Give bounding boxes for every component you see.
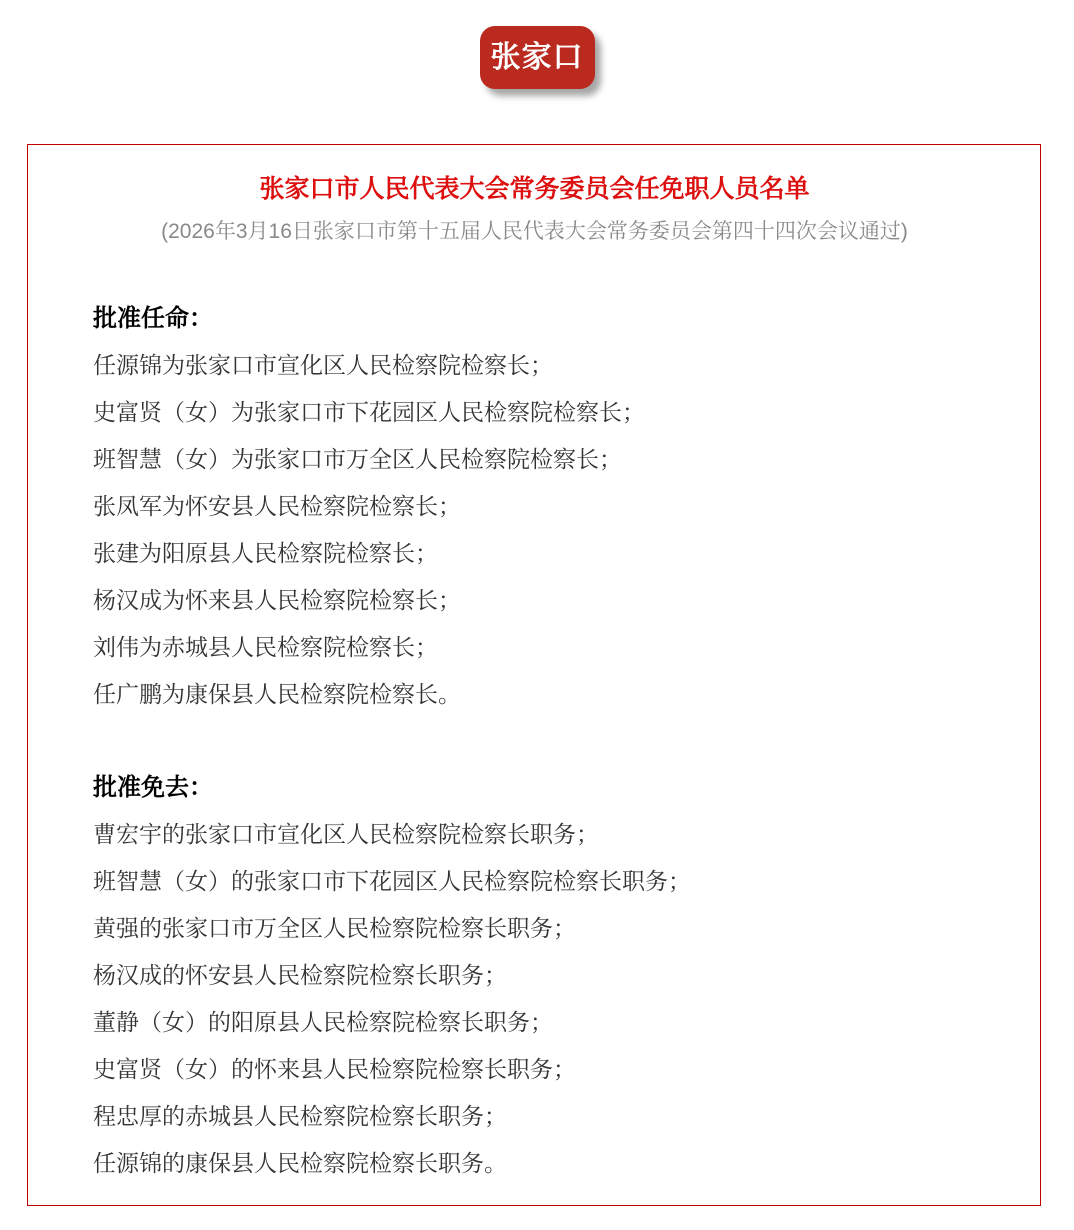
document-title: 张家口市人民代表大会常务委员会任免职人员名单 [93,173,976,205]
appointment-item: 张凤军为怀安县人民检察院检察长； [93,483,976,530]
section-heading-dismissals: 批准免去： [93,764,976,811]
dismissal-item: 董静（女）的阳原县人民检察院检察长职务； [93,999,976,1046]
dismissal-item: 任源锦的康保县人民检察院检察长职务。 [93,1140,976,1187]
document-box: 张家口市人民代表大会常务委员会任免职人员名单 (2026年3月16日张家口市第十… [27,144,1041,1206]
dismissal-item: 曹宏宇的张家口市宣化区人民检察院检察长职务； [93,811,976,858]
dismissal-item: 史富贤（女）的怀来县人民检察院检察长职务； [93,1046,976,1093]
section-heading-appointments: 批准任命： [93,295,976,342]
appointment-item: 张建为阳原县人民检察院检察长； [93,530,976,577]
appointment-item: 任源锦为张家口市宣化区人民检察院检察长； [93,342,976,389]
appointment-item: 刘伟为赤城县人民检察院检察长； [93,624,976,671]
section-dismissals: 批准免去： 曹宏宇的张家口市宣化区人民检察院检察长职务； 班智慧（女）的张家口市… [93,764,976,1187]
badge-row: 张家口 [0,0,1074,89]
region-badge[interactable]: 张家口 [480,26,595,89]
appointment-item: 杨汉成为怀来县人民检察院检察长； [93,577,976,624]
dismissal-item: 黄强的张家口市万全区人民检察院检察长职务； [93,905,976,952]
dismissal-item: 杨汉成的怀安县人民检察院检察长职务； [93,952,976,999]
document-subtitle: (2026年3月16日张家口市第十五届人民代表大会常务委员会第四十四次会议通过) [93,219,976,245]
appointment-item: 班智慧（女）为张家口市万全区人民检察院检察长； [93,436,976,483]
section-appointments: 批准任命： 任源锦为张家口市宣化区人民检察院检察长； 史富贤（女）为张家口市下花… [93,295,976,718]
appointment-item: 史富贤（女）为张家口市下花园区人民检察院检察长； [93,389,976,436]
dismissal-item: 班智慧（女）的张家口市下花园区人民检察院检察长职务； [93,858,976,905]
dismissal-item: 程忠厚的赤城县人民检察院检察长职务； [93,1093,976,1140]
page: 张家口 张家口市人民代表大会常务委员会任免职人员名单 (2026年3月16日张家… [0,0,1074,1230]
appointment-item: 任广鹏为康保县人民检察院检察长。 [93,671,976,718]
